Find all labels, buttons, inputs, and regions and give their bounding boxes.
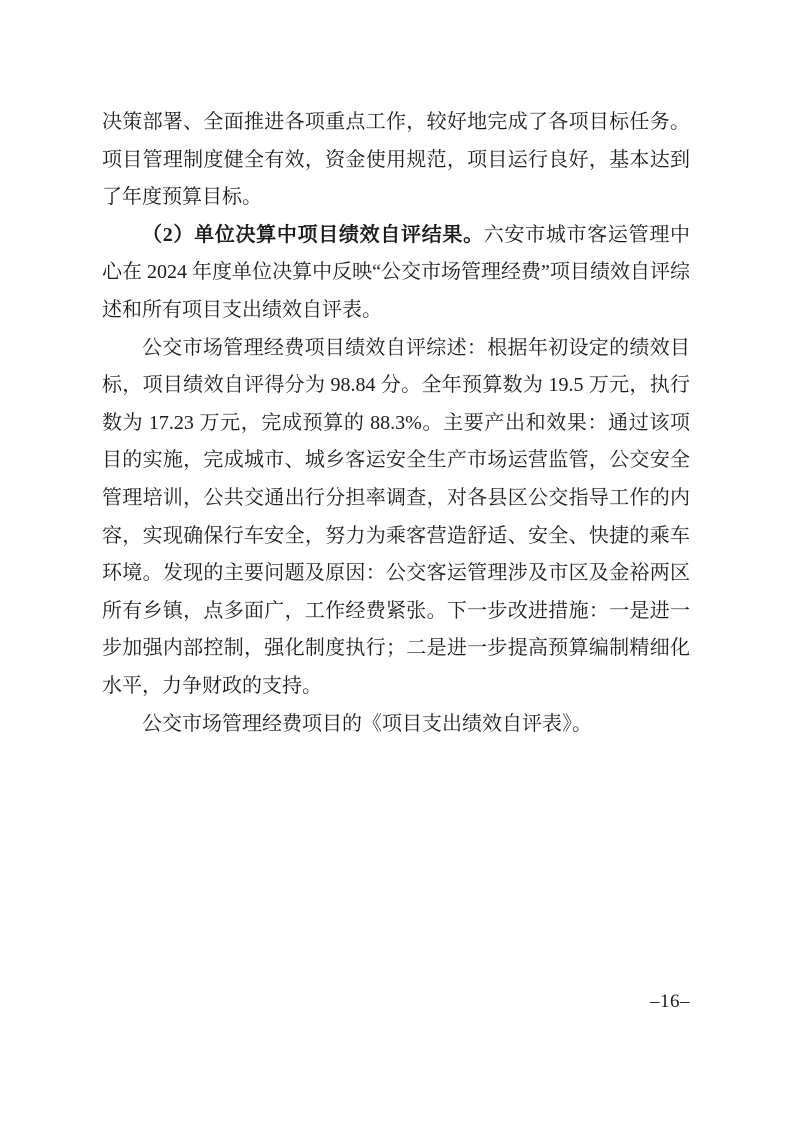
paragraph-table-reference: 公交市场管理经费项目的《项目支出绩效自评表》。 <box>102 706 690 744</box>
document-page: 决策部署、全面推进各项重点工作，较好地完成了各项目标任务。项目管理制度健全有效，… <box>0 0 793 1122</box>
document-body: 决策部署、全面推进各项重点工作，较好地完成了各项目标任务。项目管理制度健全有效，… <box>102 104 690 743</box>
paragraph-self-eval-summary: 公交市场管理经费项目绩效自评综述：根据年初设定的绩效目标，项目绩效自评得分为 9… <box>102 330 690 706</box>
paragraph-self-eval-result: （2）单位决算中项目绩效自评结果。六安市城市客运管理中心在 2024 年度单位决… <box>102 217 690 330</box>
paragraph-lead-bold: （2）单位决算中项目绩效自评结果。 <box>142 224 484 246</box>
page-number: –16– <box>650 991 690 1013</box>
paragraph-continuation: 决策部署、全面推进各项重点工作，较好地完成了各项目标任务。项目管理制度健全有效，… <box>102 104 690 217</box>
